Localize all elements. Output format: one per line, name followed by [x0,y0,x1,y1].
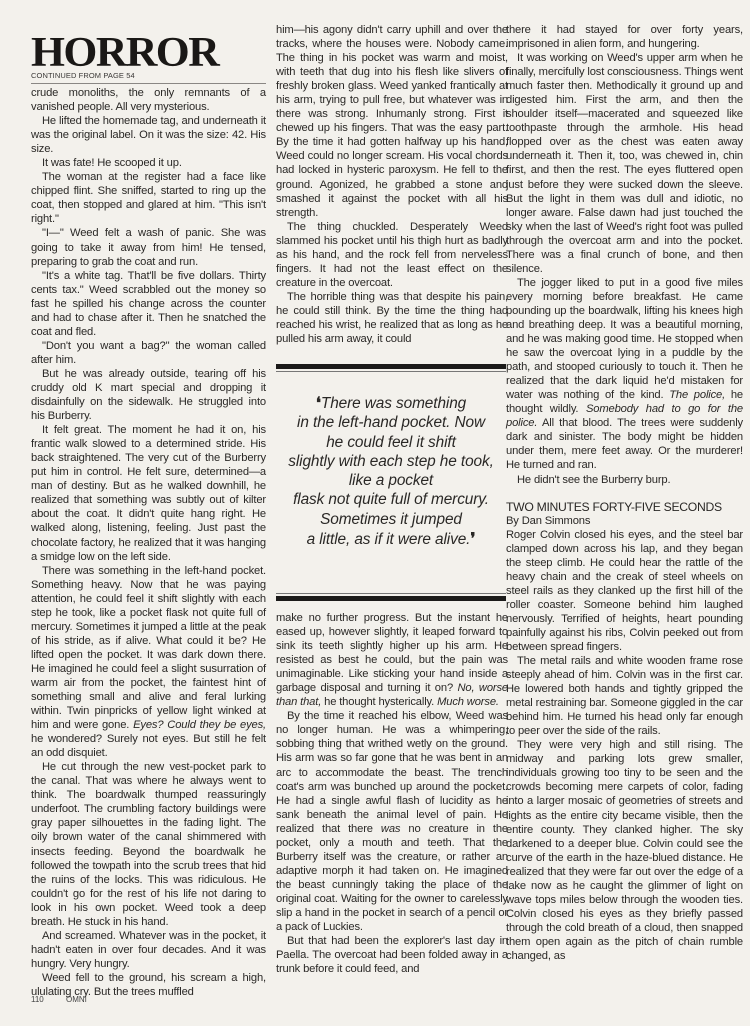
paragraph: The woman at the register had a face lik… [31,170,266,226]
next-story-title: TWO MINUTES FORTY-FIVE SECONDS [506,500,743,514]
paragraph: It was working on Weed's upper arm when … [506,51,743,276]
paragraph: By the time it reached his elbow, Weed w… [276,709,508,934]
paragraph: The thing chuckled. Desperately Weed sla… [276,220,508,290]
paragraph: They were very high and still rising. Th… [506,738,743,963]
column-2: him—his agony didn't carry uphill and ov… [276,23,508,346]
paragraph: It felt great. The moment he had it on, … [31,423,266,563]
paragraph: He lifted the homemade tag, and undernea… [31,114,266,156]
paragraph: It was fate! He scooped it up. [31,156,266,170]
column-1: HORROR CONTINUED FROM PAGE 54 crude mono… [31,0,266,999]
paragraph: him—his agony didn't carry uphill and ov… [276,23,508,220]
paragraph: The horrible thing was that despite his … [276,290,508,346]
paragraph: The jogger liked to put in a good five m… [506,276,743,473]
publication-name: OMNI [66,995,87,1004]
page-number: 110 [31,995,44,1004]
paragraph: there it had stayed for over forty years… [506,23,743,51]
column-2-continued: make no further progress. But the instan… [276,611,508,976]
byline: By Dan Simmons [506,514,743,528]
paragraph: "It's a white tag. That'll be five dolla… [31,269,266,339]
pull-quote: ❛There was something in the left-hand po… [276,393,506,549]
paragraph: "I—" Weed felt a wash of panic. She was … [31,226,266,268]
paragraph: crude monoliths, the only remnants of a … [31,86,266,114]
paragraph: There was something in the left-hand poc… [31,564,266,761]
pull-quote-bottom-rule [276,593,506,601]
page-footer: 110 OMNI [31,995,107,1004]
section-title: HORROR [31,33,275,71]
paragraph: But he was already outside, tearing off … [31,367,266,423]
paragraph: Roger Colvin closed his eyes, and the st… [506,528,743,654]
paragraph: He didn't see the Burberry burp. [506,473,743,487]
close-quote-mark-icon: ❜ [470,529,475,548]
paragraph: make no further progress. But the instan… [276,611,508,709]
column-3: there it had stayed for over forty years… [506,23,743,963]
italic-text: Eyes? Could they be eyes, [133,719,266,731]
paragraph: And screamed. Whatever was in the pocket… [31,929,266,971]
paragraph: But that had been the explorer's last da… [276,934,508,976]
paragraph: The metal rails and white wooden frame r… [506,654,743,738]
pull-quote-top-rule [276,364,506,372]
paragraph: "Don't you want a bag?" the woman called… [31,339,266,367]
paragraph: He cut through the new vest-pocket park … [31,760,266,929]
